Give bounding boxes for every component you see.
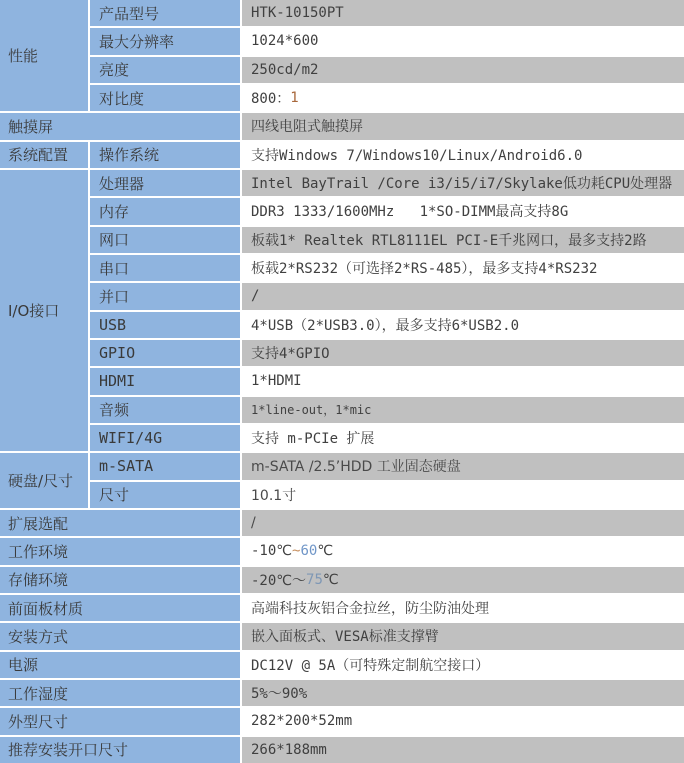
spec-value-text: ℃: [323, 572, 339, 588]
spec-value-cell: 1*line-out，1*mic: [242, 397, 684, 423]
spec-value-text: 1*HDMI: [251, 373, 302, 389]
spec-value-text: 250cd/m2: [251, 62, 318, 78]
spec-value-cell: -10℃~60℃: [242, 538, 684, 564]
spec-value-text: 支持4*GPIO: [251, 343, 330, 363]
spec-label-cell: 音频: [90, 397, 240, 423]
spec-value-cell: 800：1: [242, 85, 684, 111]
spec-value-text: HTK-10150PT: [251, 5, 344, 21]
spec-value-text: 1024*600: [251, 33, 318, 49]
spec-value-cell: Intel BayTrail /Core i3/i5/i7/Skylake低功耗…: [242, 170, 684, 196]
spec-value-cell: /: [242, 283, 684, 309]
spec-value-cell: 1024*600: [242, 28, 684, 54]
spec-label-cell: 产品型号: [90, 0, 240, 26]
category-cell: 安装方式: [0, 623, 240, 649]
spec-value-text: DC12V @ 5A（可特殊定制航空接口）: [251, 655, 489, 675]
spec-value-cell: 嵌入面板式、VESA标准支撑臂: [242, 623, 684, 649]
spec-value-text: 5%～90%: [251, 683, 307, 703]
spec-value-text: 板载1* Realtek RTL8111EL PCI-E千兆网口，最多支持2路: [251, 230, 647, 250]
spec-value-cell: -20℃～75℃: [242, 567, 684, 593]
spec-value-text: 板载2*RS232（可选择2*RS-485），最多支持4*RS232: [251, 258, 597, 278]
product-spec-table: 性能产品型号HTK-10150PT最大分辨率1024*600亮度250cd/m2…: [0, 0, 684, 763]
spec-value-cell: DC12V @ 5A（可特殊定制航空接口）: [242, 652, 684, 678]
spec-value-text: -10℃: [251, 543, 292, 559]
spec-label-cell: 并口: [90, 283, 240, 309]
spec-label-cell: 操作系统: [90, 142, 240, 168]
spec-value-cell: 1*HDMI: [242, 368, 684, 394]
spec-value-cell: 266*188mm: [242, 737, 684, 763]
category-cell: 扩展选配: [0, 510, 240, 536]
spec-value-text: 75: [306, 572, 323, 588]
spec-value-text: 嵌入面板式、VESA标准支撑臂: [251, 626, 439, 646]
spec-value-cell: 4*USB（2*USB3.0），最多支持6*USB2.0: [242, 312, 684, 338]
spec-value-text: 4*USB（2*USB3.0），最多支持6*USB2.0: [251, 315, 519, 335]
spec-value-text: m-SATA /2.5’HDD 工业固态硬盘: [251, 456, 461, 476]
spec-label-cell: HDMI: [90, 368, 240, 394]
spec-label-cell: 尺寸: [90, 482, 240, 508]
spec-label-cell: WIFI/4G: [90, 425, 240, 451]
spec-value-text: 四线电阻式触摸屏: [251, 116, 363, 136]
spec-label-cell: 对比度: [90, 85, 240, 111]
spec-value-text: 高端科技灰铝合金拉丝，防尘防油处理: [251, 598, 489, 618]
spec-value-text: 282*200*52mm: [251, 713, 352, 729]
spec-label-cell: USB: [90, 312, 240, 338]
spec-value-text: Intel BayTrail /Core i3/i5/i7/Skylake低功耗…: [251, 173, 672, 193]
spec-value-cell: 282*200*52mm: [242, 708, 684, 734]
spec-value-cell: 四线电阻式触摸屏: [242, 113, 684, 139]
category-cell: 触摸屏: [0, 113, 240, 139]
spec-value-text: 1: [290, 90, 298, 106]
spec-value-cell: 支持 m-PCIe 扩展: [242, 425, 684, 451]
spec-value-cell: 支持Windows 7/Windows10/Linux/Android6.0: [242, 142, 684, 168]
category-cell: 性能: [0, 0, 88, 111]
spec-value-cell: 10.1寸: [242, 482, 684, 508]
spec-value-cell: DDR3 1333/1600MHz 1*SO-DIMM最高支持8G: [242, 198, 684, 224]
spec-value-text: /: [251, 515, 256, 531]
spec-value-cell: 250cd/m2: [242, 57, 684, 83]
spec-label-cell: 亮度: [90, 57, 240, 83]
spec-value-text: DDR3 1333/1600MHz 1*SO-DIMM最高支持8G: [251, 201, 568, 221]
category-cell: 工作湿度: [0, 680, 240, 706]
spec-value-text: 800：: [251, 88, 290, 108]
spec-label-cell: 串口: [90, 255, 240, 281]
category-cell: 推荐安装开口尺寸: [0, 737, 240, 763]
spec-value-cell: 5%～90%: [242, 680, 684, 706]
spec-label-cell: 网口: [90, 227, 240, 253]
spec-value-text: ~: [292, 543, 300, 559]
category-cell: I/O接口: [0, 170, 88, 451]
spec-label-cell: 内存: [90, 198, 240, 224]
spec-value-cell: 支持4*GPIO: [242, 340, 684, 366]
spec-value-cell: 板载1* Realtek RTL8111EL PCI-E千兆网口，最多支持2路: [242, 227, 684, 253]
spec-value-cell: 板载2*RS232（可选择2*RS-485），最多支持4*RS232: [242, 255, 684, 281]
spec-label-cell: 处理器: [90, 170, 240, 196]
spec-value-text: ℃: [317, 543, 333, 559]
category-cell: 硬盘/尺寸: [0, 453, 88, 508]
category-cell: 工作环境: [0, 538, 240, 564]
category-cell: 前面板材质: [0, 595, 240, 621]
spec-label-cell: GPIO: [90, 340, 240, 366]
spec-value-text: 266*188mm: [251, 742, 327, 758]
spec-value-cell: /: [242, 510, 684, 536]
spec-value-cell: m-SATA /2.5’HDD 工业固态硬盘: [242, 453, 684, 479]
spec-value-text: 1*line-out，1*mic: [251, 401, 371, 418]
category-cell: 存储环境: [0, 567, 240, 593]
spec-value-text: 支持 m-PCIe 扩展: [251, 428, 374, 448]
spec-label-cell: 最大分辨率: [90, 28, 240, 54]
spec-value-text: -20℃～: [251, 570, 306, 590]
spec-value-text: 60: [300, 543, 317, 559]
spec-value-text: 10.1寸: [251, 485, 296, 505]
spec-value-text: /: [251, 288, 259, 304]
category-cell: 外型尺寸: [0, 708, 240, 734]
spec-value-text: 支持Windows 7/Windows10/Linux/Android6.0: [251, 145, 582, 165]
spec-value-cell: HTK-10150PT: [242, 0, 684, 26]
category-cell: 系统配置: [0, 142, 88, 168]
category-cell: 电源: [0, 652, 240, 678]
spec-value-cell: 高端科技灰铝合金拉丝，防尘防油处理: [242, 595, 684, 621]
spec-label-cell: m-SATA: [90, 453, 240, 479]
